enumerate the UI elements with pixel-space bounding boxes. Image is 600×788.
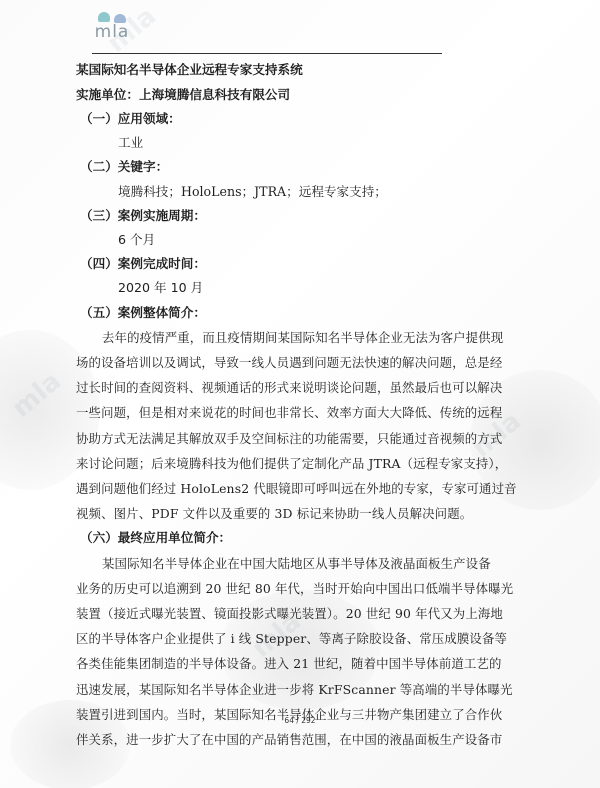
document-body: 某国际知名半导体企业远程专家支持系统 实施单位：上海境腾信息科技有限公司 （一）… bbox=[76, 57, 506, 752]
paragraph-line: 某国际知名半导体企业在中国大陆地区从事半导体及液晶面板生产设备 bbox=[76, 551, 506, 576]
logo-mark-icon bbox=[98, 10, 126, 24]
section-value-completion-time: 2020 年 10 月 bbox=[76, 276, 506, 300]
section-heading-case-overview: （五）案例整体简介： bbox=[76, 301, 506, 325]
document-title: 某国际知名半导体企业远程专家支持系统 bbox=[76, 57, 506, 82]
section-value-application-field: 工业 bbox=[76, 131, 506, 155]
paragraph-line: 协助方式无法满足其解放双手及空间标注的功能需要，只能通过音视频的方式 bbox=[76, 426, 506, 451]
running-header bbox=[235, 41, 440, 49]
header-rule bbox=[92, 53, 442, 54]
paragraph-line: 场的设备培训以及调试，导致一线人员遇到问题无法快速的解决问题，总是经 bbox=[76, 350, 506, 375]
paragraph-line: 业务的历史可以追溯到 20 世纪 80 年代，当时开始向中国出口低端半导体曝光 bbox=[76, 576, 506, 601]
paragraph-line: 来讨论问题；后来境腾科技为他们提供了定制化产品 JTRA（远程专家支持）， bbox=[76, 451, 506, 476]
paragraph-line: 装置（接近式曝光装置、镜面投影式曝光装置）。20 世纪 90 年代又为上海地 bbox=[76, 601, 506, 626]
section-value-implementation-period: 6 个月 bbox=[76, 228, 506, 252]
paragraph-line: 遇到问题他们经过 HoloLens2 代眼镜即可呼叫远在外地的专家，专家可通过音 bbox=[76, 476, 506, 501]
page-number: 64 / 292 bbox=[0, 716, 600, 725]
section-heading-end-user-profile: （六）最终应用单位简介： bbox=[76, 526, 506, 550]
section-heading-completion-time: （四）案例完成时间： bbox=[76, 252, 506, 276]
section-heading-implementation-period: （三）案例实施周期： bbox=[76, 204, 506, 228]
section-heading-application-field: （一）应用领域： bbox=[76, 107, 506, 131]
paragraph-line: 去年的疫情严重，而且疫情期间某国际知名半导体企业无法为客户提供现 bbox=[76, 325, 506, 350]
paragraph-line: 过长时间的查阅资料、视频通话的形式来说明谈论问题，虽然最后也可以解决 bbox=[76, 375, 506, 400]
paragraph-line: 一些问题，但是相对来说花的时间也非常长、效率方面大大降低、传统的远程 bbox=[76, 400, 506, 425]
paragraph-line: 视频、图片、PDF 文件以及重要的 3D 标记来协助一线人员解决问题。 bbox=[76, 501, 506, 526]
publisher-logo: mla bbox=[92, 10, 132, 40]
paragraph-line: 各类佳能集团制造的半导体设备。进入 21 世纪，随着中国半导体前道工艺的 bbox=[76, 651, 506, 676]
section-heading-keywords: （二）关键字： bbox=[76, 155, 506, 179]
implementer: 实施单位：上海境腾信息科技有限公司 bbox=[76, 82, 506, 107]
case-overview-paragraph: 去年的疫情严重，而且疫情期间某国际知名半导体企业无法为客户提供现 场的设备培训以… bbox=[76, 325, 506, 527]
section-value-keywords: 境腾科技；HoloLens；JTRA；远程专家支持； bbox=[76, 180, 506, 204]
paragraph-line: 伴关系，进一步扩大了在中国的产品销售范围，在中国的液晶面板生产设备市 bbox=[76, 727, 506, 752]
paragraph-line: 迅速发展，某国际知名半导体企业进一步将 KrFScanner 等高端的半导体曝光 bbox=[76, 677, 506, 702]
logo-text: mla bbox=[92, 24, 132, 40]
paragraph-line: 区的半导体客户企业提供了 i 线 Stepper、等离子除胶设备、常压成膜设备等 bbox=[76, 626, 506, 651]
document-page: mla mla mla mla mla 某国际知名半导体企业远程专家支持系统 实… bbox=[0, 0, 600, 788]
